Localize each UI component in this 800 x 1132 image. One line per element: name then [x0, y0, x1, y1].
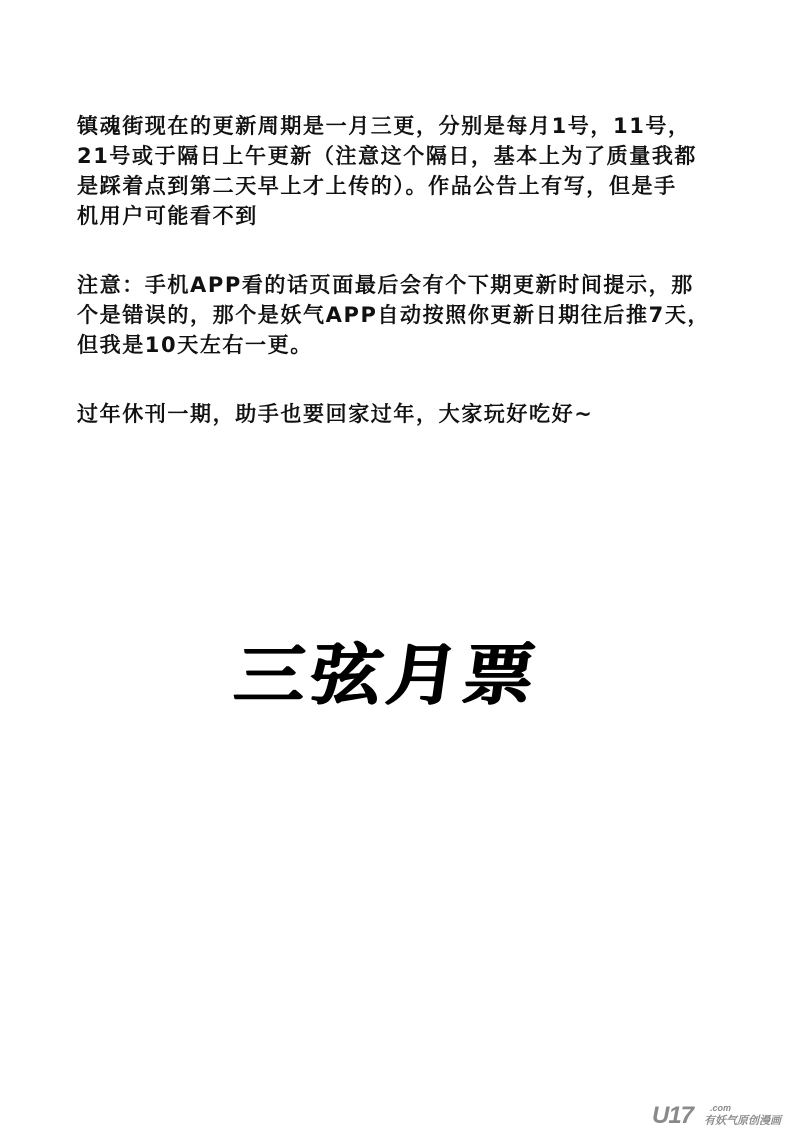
- watermark-tagline: 有妖气原创漫画: [704, 1114, 781, 1127]
- text-line: 21号或于隔日上午更新（注意这个隔日，基本上为了质量我都: [77, 141, 697, 171]
- text-line: 个是错误的，那个是妖气APP自动按照你更新日期往后推7天，: [77, 300, 710, 330]
- text-line: 镇魂街现在的更新周期是一月三更，分别是每月1号，11号，: [77, 111, 697, 141]
- domain-suffix: .com: [710, 1103, 731, 1113]
- text-line: 但我是10天左右一更。: [77, 330, 710, 360]
- text-line: 注意：手机APP看的话页面最后会有个下期更新时间提示，那: [77, 270, 710, 300]
- calligraphy-signature: 三弦月票: [230, 632, 552, 718]
- u17-logo: U17: [652, 1104, 693, 1128]
- paragraph-holiday-break: 过年休刊一期，助手也要回家过年，大家玩好吃好~: [77, 399, 593, 429]
- paragraph-update-schedule: 镇魂街现在的更新周期是一月三更，分别是每月1号，11号， 21号或于隔日上午更新…: [77, 111, 697, 231]
- text-line: 机用户可能看不到: [77, 201, 697, 231]
- paragraph-app-notice: 注意：手机APP看的话页面最后会有个下期更新时间提示，那 个是错误的，那个是妖气…: [77, 270, 710, 360]
- text-line: 是踩着点到第二天早上才上传的）。作品公告上有写，但是手: [77, 171, 697, 201]
- text-line: 过年休刊一期，助手也要回家过年，大家玩好吃好~: [77, 399, 593, 429]
- u17-watermark: U17 .com 有妖气原创漫画: [652, 1104, 798, 1128]
